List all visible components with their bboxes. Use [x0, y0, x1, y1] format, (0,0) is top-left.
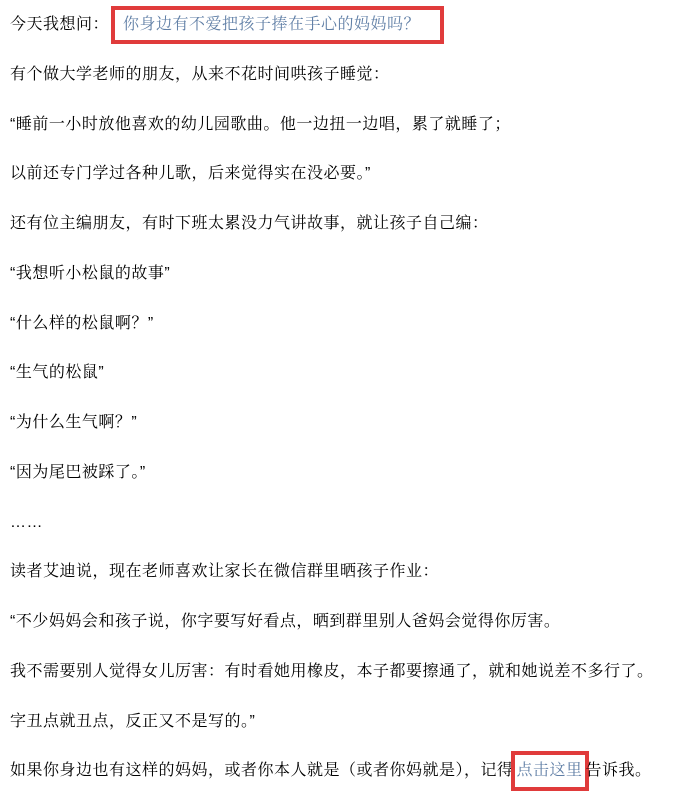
paragraph: 读者艾迪说，现在老师喜欢让家长在微信群里晒孩子作业：: [10, 547, 680, 597]
paragraph: 我不需要别人觉得女儿厉害：有时看她用橡皮，本子都要擦通了，就和她说差不多行了。: [10, 647, 680, 697]
paragraph: “什么样的松鼠啊？”: [10, 299, 680, 349]
paragraph: 字丑点就丑点，反正又不是写的。”: [10, 697, 680, 747]
ellipsis-paragraph: ……: [10, 498, 680, 548]
closing-prefix: 如果你身边也有这样的妈妈，或者你本人就是（或者你妈就是），记得: [10, 762, 514, 779]
paragraph: 以前还专门学过各种儿歌，后来觉得实在没必要。”: [10, 149, 680, 199]
question-prefix: 今天我想问：: [10, 16, 109, 33]
click-here-link[interactable]: 点击这里: [517, 762, 583, 779]
highlighted-question-link[interactable]: 你身边有不爱把孩子捧在手心的妈妈吗？: [123, 16, 420, 33]
paragraph: “睡前一小时放他喜欢的幼儿园歌曲。他一边扭一边唱，累了就睡了；: [10, 100, 680, 150]
paragraph: “生气的松鼠”: [10, 348, 680, 398]
question-line: 今天我想问：你身边有不爱把孩子捧在手心的妈妈吗？: [10, 0, 680, 50]
paragraph: 有个做大学老师的朋友，从来不花时间哄孩子睡觉：: [10, 50, 680, 100]
paragraph: “因为尾巴被踩了。”: [10, 448, 680, 498]
paragraph: “我想听小松鼠的故事”: [10, 249, 680, 299]
paragraph: “为什么生气啊？”: [10, 398, 680, 448]
closing-line: 如果你身边也有这样的妈妈，或者你本人就是（或者你妈就是），记得点击这里告诉我。: [10, 746, 680, 796]
question-highlight-box: 你身边有不爱把孩子捧在手心的妈妈吗？: [111, 6, 444, 44]
click-here-highlight-box: 点击这里: [511, 751, 589, 791]
paragraph: 还有位主编朋友，有时下班太累没力气讲故事，就让孩子自己编：: [10, 199, 680, 249]
closing-suffix: 告诉我。: [586, 762, 652, 779]
article-body: 今天我想问：你身边有不爱把孩子捧在手心的妈妈吗？ 有个做大学老师的朋友，从来不花…: [0, 0, 680, 796]
paragraph: “不少妈妈会和孩子说，你字要写好看点，晒到群里别人爸妈会觉得你厉害。: [10, 597, 680, 647]
